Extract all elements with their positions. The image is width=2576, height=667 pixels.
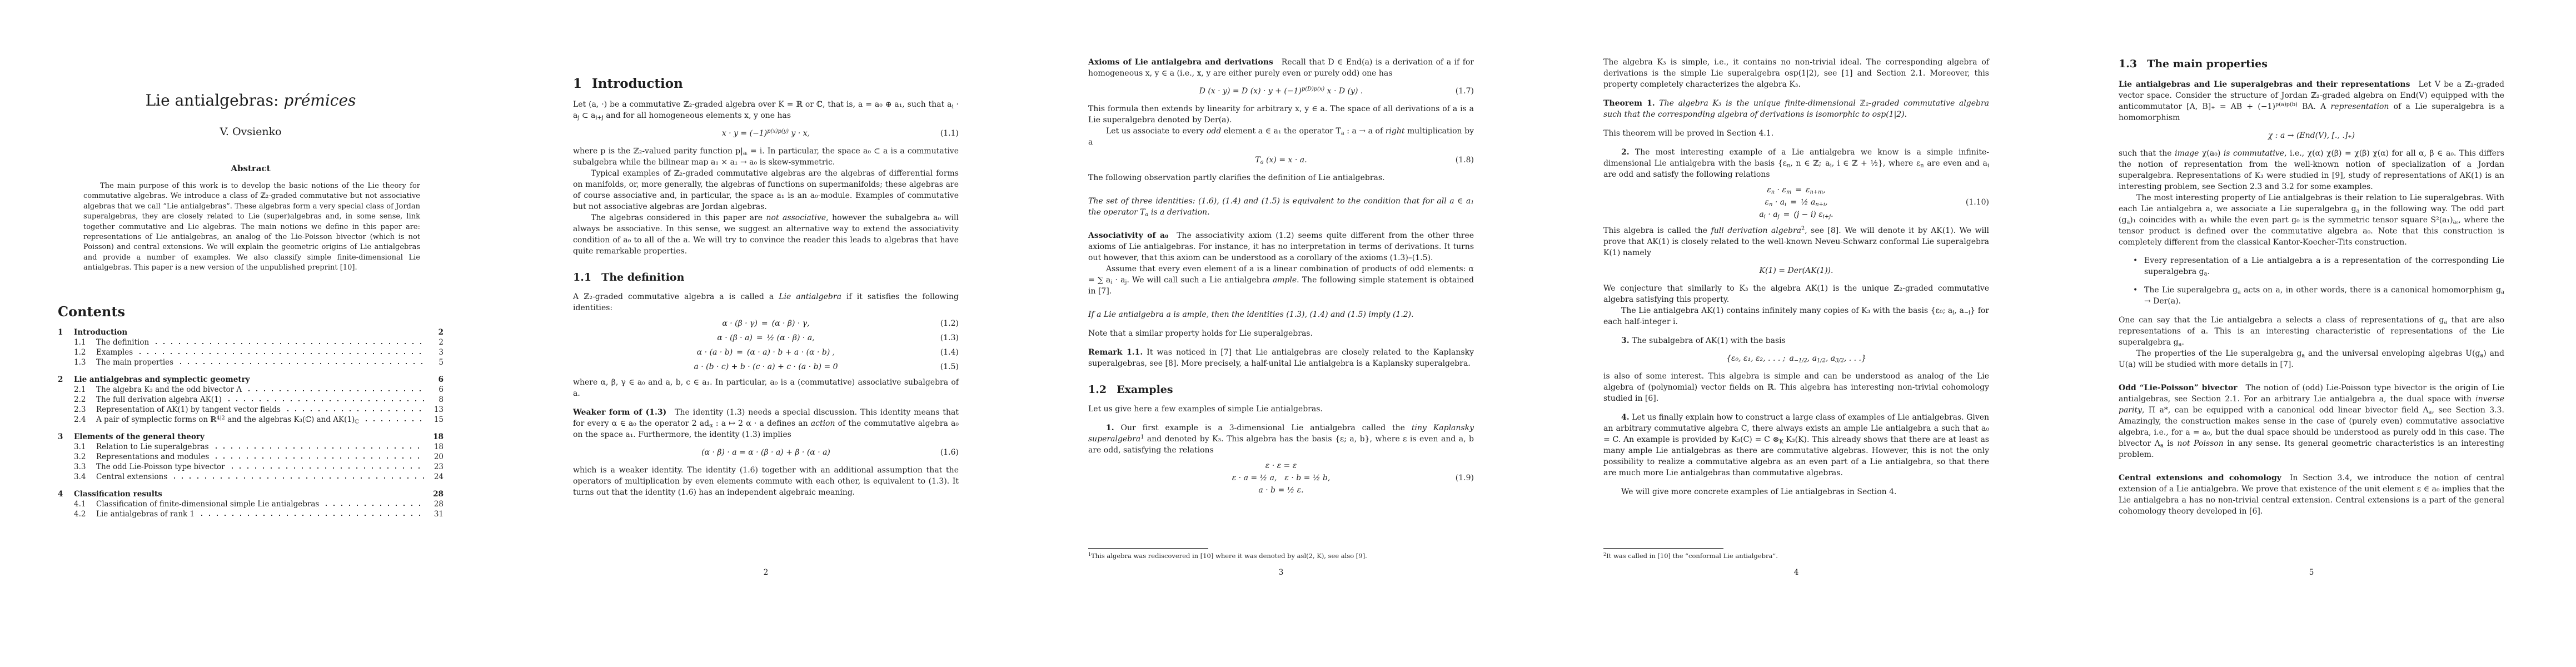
toc-entry: 2.2The full derivation algebra AK(1)8 <box>58 395 444 405</box>
toc-number: 3 <box>58 432 74 442</box>
subsection-number: 1.1 <box>573 271 591 283</box>
paragraph: One can say that the Lie antialgebra a s… <box>2119 315 2504 348</box>
equation-number: (1.8) <box>1456 155 1474 166</box>
equation-number: (1.10) <box>1966 197 1989 208</box>
table-of-contents: 1Introduction21.1The definition21.2Examp… <box>58 327 444 519</box>
toc-number: 2.3 <box>74 405 96 415</box>
equation: εn · ai = ½ an+i, <box>1765 198 1828 207</box>
toc-entry: 2.4A pair of symplectic forms on ℝ4|2 an… <box>58 415 444 425</box>
equation: α · (a · b) = (α · a) · b + a · (α · b) … <box>697 348 835 357</box>
equation-block: x · y = (−1)p(x)p(y) y · x,(1.1) <box>573 128 959 139</box>
display-equation: α · (a · b) = (α · a) · b + a · (α · b) … <box>573 347 959 358</box>
paragraph: If a Lie antialgebra a is ample, then th… <box>1088 309 1474 320</box>
toc-number: 1 <box>58 327 74 337</box>
toc-page-number: 13 <box>429 405 444 415</box>
toc-entry: 4.1Classification of finite-dimensional … <box>58 499 444 509</box>
toc-title: Elements of the general theory <box>74 432 205 442</box>
toc-number: 3.4 <box>74 472 96 482</box>
subsection-title: The main properties <box>2147 58 2268 70</box>
section-heading: 1Introduction <box>573 76 959 92</box>
toc-entry: 1.2Examples3 <box>58 347 444 357</box>
paragraph: This formula then extends by linearity f… <box>1088 103 1474 126</box>
display-equation: {ε₀, ε₁, ε₂, . . . ; a−1/2, a1/2, a3/2, … <box>1603 353 1989 364</box>
toc-page-number: 2 <box>429 337 444 347</box>
page-1-content: Lie antialgebras: prémicesV. OvsienkoAbs… <box>58 0 444 519</box>
equation: (α · β) · a = α · (β · a) + β · (α · a) <box>701 448 830 457</box>
display-equation: a · (b · c) + b · (c · a) + c · (a · b) … <box>573 361 959 372</box>
paragraph: The set of three identities: (1.6), (1.4… <box>1088 196 1474 218</box>
paragraph: The algebra K₃ is simple, i.e., it conta… <box>1603 57 1989 90</box>
toc-leader-dots <box>177 357 425 367</box>
equation-block: {ε₀, ε₁, ε₂, . . . ; a−1/2, a1/2, a3/2, … <box>1603 353 1989 364</box>
toc-number: 3.3 <box>74 462 96 472</box>
display-equation: x · y = (−1)p(x)p(y) y · x,(1.1) <box>573 128 959 139</box>
toc-title: Relation to Lie superalgebras <box>96 442 209 452</box>
bullet-item: The Lie superalgebra ga acts on a, in ot… <box>2119 285 2504 307</box>
toc-leader-dots <box>171 472 425 482</box>
author: V. Ovsienko <box>58 125 444 138</box>
page-3-content: Axioms of Lie antialgebra and derivation… <box>1088 0 1474 501</box>
paragraph: 3. The subalgebra of AK(1) with the basi… <box>1603 335 1989 346</box>
toc-page-number: 18 <box>429 442 444 452</box>
toc-page-number: 6 <box>429 375 444 385</box>
toc-entry: 4.2Lie antialgebras of rank 131 <box>58 509 444 519</box>
toc-number: 3.1 <box>74 442 96 452</box>
paragraph: Central extensions and cohomologyIn Sect… <box>2119 472 2504 517</box>
paper-title: Lie antialgebras: prémices <box>58 91 444 110</box>
toc-number: 2.2 <box>74 395 96 405</box>
toc-leader-dots <box>245 385 425 395</box>
equation-number: (1.4) <box>940 347 959 358</box>
toc-entry: 3.4Central extensions24 <box>58 472 444 482</box>
paragraph: Let us associate to every odd element a … <box>1088 126 1474 148</box>
toc-leader-dots <box>362 415 425 425</box>
paragraph: Note that a similar property holds for L… <box>1088 328 1474 339</box>
toc-entry: 1.3The main properties5 <box>58 357 444 367</box>
toc-leader-dots <box>253 375 425 385</box>
paragraph: The properties of the Lie superalgebra g… <box>2119 348 2504 370</box>
toc-leader-dots <box>166 489 425 499</box>
toc-title: The main properties <box>96 357 173 367</box>
paragraph: This algebra is called the full derivati… <box>1603 225 1989 258</box>
toc-entry: 2.1The algebra K₃ and the odd bivector Λ… <box>58 385 444 395</box>
toc-entry: 3.2Representations and modules20 <box>58 452 444 462</box>
page-1: Lie antialgebras: prémicesV. OvsienkoAbs… <box>0 0 515 667</box>
toc-number: 2.1 <box>74 385 96 395</box>
footnote: 2It was called in [10] the “conformal Li… <box>1603 548 1989 560</box>
toc-leader-dots <box>228 462 425 472</box>
display-equation: ε · ε = ε <box>1088 460 1474 472</box>
page-4-content: The algebra K₃ is simple, i.e., it conta… <box>1603 0 1989 497</box>
equation-block: (α · β) · a = α · (β · a) + β · (α · a)(… <box>573 447 959 458</box>
equation-number: (1.1) <box>940 128 959 139</box>
page-3: Axioms of Lie antialgebra and derivation… <box>1030 0 1546 667</box>
equation: Ta (x) = x · a. <box>1255 156 1307 165</box>
contents-heading: Contents <box>58 303 444 320</box>
toc-title: Representations and modules <box>96 452 209 462</box>
toc-title: The full derivation algebra AK(1) <box>96 395 222 405</box>
toc-number: 1.3 <box>74 357 96 367</box>
toc-number: 4.2 <box>74 509 96 519</box>
toc-title: Representation of AK(1) by tangent vecto… <box>96 405 281 415</box>
bullet-item: Every representation of a Lie antialgebr… <box>2119 255 2504 277</box>
toc-number: 2 <box>58 375 74 385</box>
toc-title: Central extensions <box>96 472 167 482</box>
display-equation: a · b = ½ ε. <box>1088 485 1474 496</box>
toc-leader-dots <box>225 395 425 405</box>
paragraph: 2. The most interesting example of a Lie… <box>1603 147 1989 180</box>
toc-page-number: 5 <box>429 357 444 367</box>
equation: χ : a → (End(V), [., .]₊) <box>2268 131 2355 140</box>
paragraph: Let us give here a few examples of simpl… <box>1088 404 1474 415</box>
equation-block: K(1) = Der(AK(1)). <box>1603 265 1989 276</box>
equation: ε · ε = ε <box>1265 461 1297 470</box>
equation-block: α · (β · γ) = (α · β) · γ,(1.2)α · (β · … <box>573 318 959 372</box>
equation-block: D (x · y) = D (x) · y + (−1)p(D)p(x) x ·… <box>1088 86 1474 97</box>
toc-number: 1.1 <box>74 337 96 347</box>
equation-block: ε · ε = εε · a = ½ a, ε · b = ½ b,(1.9)a… <box>1088 460 1474 496</box>
section-title: Introduction <box>592 76 683 91</box>
paragraph: A ℤ₂-graded commutative algebra a is cal… <box>573 291 959 313</box>
equation: ε · a = ½ a, ε · b = ½ b, <box>1232 474 1331 482</box>
toc-title: The algebra K₃ and the odd bivector Λ <box>96 385 242 395</box>
paragraph: The most interesting property of Lie ant… <box>2119 192 2504 248</box>
equation: x · y = (−1)p(x)p(y) y · x, <box>722 129 810 138</box>
paragraph: We will give more concrete examples of L… <box>1603 486 1989 497</box>
equation-block: Ta (x) = x · a.(1.8) <box>1088 155 1474 166</box>
toc-entry: 2.3Representation of AK(1) by tangent ve… <box>58 405 444 415</box>
document-canvas: arXiv:0705.1629v6 [math-ph] 15 Oct 2010 … <box>0 0 2576 667</box>
equation-number: (1.2) <box>940 318 959 329</box>
display-equation: ai · aj = (j − i) εi+j. <box>1603 209 1989 221</box>
equation-number: (1.6) <box>940 447 959 458</box>
equation-number: (1.9) <box>1456 472 1474 484</box>
display-equation: α · (β · γ) = (α · β) · γ,(1.2) <box>573 318 959 329</box>
equation: a · b = ½ ε. <box>1258 486 1303 495</box>
paragraph: The Lie antialgebra AK(1) contains infin… <box>1603 305 1989 327</box>
toc-entry: 2Lie antialgebras and symplectic geometr… <box>58 375 444 385</box>
toc-page-number: 20 <box>429 452 444 462</box>
toc-page-number: 28 <box>429 489 444 499</box>
equation: εn · εm = εn+m, <box>1767 186 1826 195</box>
equation-block: χ : a → (End(V), [., .]₊) <box>2119 130 2504 141</box>
toc-title: Lie antialgebras of rank 1 <box>96 509 195 519</box>
toc-page-number: 3 <box>429 347 444 357</box>
toc-entry: 3.1Relation to Lie superalgebras18 <box>58 442 444 452</box>
paragraph: where p is the ℤ₂-valued parity function… <box>573 146 959 168</box>
paragraph: such that the image χ(a₀) is commutative… <box>2119 148 2504 192</box>
paragraph: Odd “Lie-Poisson” bivectorThe notion of … <box>2119 382 2504 460</box>
page-4: The algebra K₃ is simple, i.e., it conta… <box>1546 0 2061 667</box>
toc-title: The definition <box>96 337 149 347</box>
toc-title: Classification of finite-dimensional sim… <box>96 499 319 509</box>
subsection-heading: 1.1The definition <box>573 270 959 285</box>
toc-number: 4 <box>58 489 74 499</box>
paragraph: Assume that every even element of a is a… <box>1088 263 1474 297</box>
display-equation: εn · ai = ½ an+i,(1.10) <box>1603 197 1989 208</box>
paragraph: which is a weaker identity. The identity… <box>573 465 959 498</box>
paragraph: 1. Our first example is a 3-dimensional … <box>1088 422 1474 456</box>
paragraph: Let (a, ·) be a commutative ℤ₂-graded al… <box>573 99 959 121</box>
toc-page-number: 6 <box>429 385 444 395</box>
equation: D (x · y) = D (x) · y + (−1)p(D)p(x) x ·… <box>1199 87 1363 96</box>
toc-page-number: 31 <box>429 509 444 519</box>
paragraph: Associativity of a₀The associativity axi… <box>1088 230 1474 263</box>
page-2-content: 1IntroductionLet (a, ·) be a commutative… <box>573 0 959 498</box>
toc-entry: 1.1The definition2 <box>58 337 444 347</box>
toc-title: Lie antialgebras and symplectic geometry <box>74 375 250 385</box>
page-number: 4 <box>1603 568 1989 577</box>
paragraph: The following observation partly clarifi… <box>1088 172 1474 183</box>
page-number: 2 <box>573 568 959 577</box>
toc-leader-dots <box>212 442 425 452</box>
subsection-heading: 1.2Examples <box>1088 382 1474 397</box>
paragraph: This theorem will be proved in Section 4… <box>1603 128 1989 139</box>
toc-number: 3.2 <box>74 452 96 462</box>
toc-page-number: 15 <box>429 415 444 425</box>
toc-title: The odd Lie-Poisson type bivector <box>96 462 225 472</box>
equation: α · (β · a) = ½ (α · β) · a, <box>717 333 814 342</box>
page-number: 3 <box>1088 568 1474 577</box>
subsection-heading: 1.3The main properties <box>2119 57 2504 71</box>
toc-entry: 3.3The odd Lie-Poisson type bivector23 <box>58 462 444 472</box>
toc-number: 4.1 <box>74 499 96 509</box>
paragraph: Remark 1.1. It was noticed in [7] that L… <box>1088 347 1474 369</box>
toc-leader-dots <box>131 327 425 337</box>
display-equation: K(1) = Der(AK(1)). <box>1603 265 1989 276</box>
subsection-number: 1.3 <box>2119 58 2137 70</box>
equation-number: (1.3) <box>940 332 959 344</box>
toc-leader-dots <box>284 405 425 415</box>
equation: α · (β · γ) = (α · β) · γ, <box>722 319 809 328</box>
page-number: 5 <box>2119 568 2504 577</box>
display-equation: α · (β · a) = ½ (α · β) · a,(1.3) <box>573 332 959 344</box>
paragraph: Weaker form of (1.3)The identity (1.3) n… <box>573 407 959 440</box>
toc-page-number: 2 <box>429 327 444 337</box>
equation: ai · aj = (j − i) εi+j. <box>1759 210 1833 219</box>
equation-number: (1.7) <box>1456 86 1474 97</box>
toc-leader-dots <box>208 432 425 442</box>
section-number: 1 <box>573 76 582 91</box>
display-equation: D (x · y) = D (x) · y + (−1)p(D)p(x) x ·… <box>1088 86 1474 97</box>
abstract-text: The main purpose of this work is to deve… <box>83 181 420 273</box>
paragraph: where α, β, γ ∈ a₀ and a, b, c ∈ a₁. In … <box>573 377 959 399</box>
toc-leader-dots <box>136 347 425 357</box>
equation: a · (b · c) + b · (c · a) + c · (a · b) … <box>694 362 838 371</box>
display-equation: (α · β) · a = α · (β · a) + β · (α · a)(… <box>573 447 959 458</box>
toc-leader-dots <box>198 509 425 519</box>
paragraph: Lie antialgebras and Lie superalgebras a… <box>2119 79 2504 123</box>
equation: K(1) = Der(AK(1)). <box>1760 266 1833 275</box>
footnote: 1This algebra was rediscovered in [10] w… <box>1088 548 1474 560</box>
toc-title: Examples <box>96 347 133 357</box>
equation-number: (1.5) <box>940 361 959 372</box>
abstract-heading: Abstract <box>58 163 444 174</box>
paragraph: The algebras considered in this paper ar… <box>573 212 959 257</box>
toc-leader-dots <box>322 499 425 509</box>
subsection-title: The definition <box>601 271 684 283</box>
page-5: 1.3The main propertiesLie antialgebras a… <box>2061 0 2576 667</box>
toc-title: A pair of symplectic forms on ℝ4|2 and t… <box>96 415 359 425</box>
page-5-content: 1.3The main propertiesLie antialgebras a… <box>2119 0 2504 517</box>
toc-title: Introduction <box>74 327 127 337</box>
display-equation: ε · a = ½ a, ε · b = ½ b,(1.9) <box>1088 472 1474 484</box>
paragraph: We conjecture that similarly to K₃ the a… <box>1603 283 1989 305</box>
toc-leader-dots <box>212 452 425 462</box>
display-equation: εn · εm = εn+m, <box>1603 185 1989 196</box>
paragraph: Theorem 1. The algebra K₃ is the unique … <box>1603 98 1989 120</box>
equation-block: εn · εm = εn+m,εn · ai = ½ an+i,(1.10)ai… <box>1603 185 1989 221</box>
toc-number: 2.4 <box>74 415 96 425</box>
paragraph: Axioms of Lie antialgebra and derivation… <box>1088 57 1474 79</box>
toc-page-number: 28 <box>429 499 444 509</box>
equation: {ε₀, ε₁, ε₂, . . . ; a−1/2, a1/2, a3/2, … <box>1726 354 1866 363</box>
display-equation: χ : a → (End(V), [., .]₊) <box>2119 130 2504 141</box>
page-2: 1IntroductionLet (a, ·) be a commutative… <box>515 0 1030 667</box>
toc-page-number: 24 <box>429 472 444 482</box>
toc-title: Classification results <box>74 489 162 499</box>
toc-page-number: 23 <box>429 462 444 472</box>
toc-page-number: 8 <box>429 395 444 405</box>
toc-entry: 4Classification results28 <box>58 489 444 499</box>
subsection-number: 1.2 <box>1088 384 1107 396</box>
paragraph: is also of some interest. This algebra i… <box>1603 371 1989 404</box>
toc-page-number: 18 <box>429 432 444 442</box>
toc-entry: 3Elements of the general theory18 <box>58 432 444 442</box>
toc-entry: 1Introduction2 <box>58 327 444 337</box>
display-equation: Ta (x) = x · a.(1.8) <box>1088 155 1474 166</box>
paragraph: Typical examples of ℤ₂-graded commutativ… <box>573 168 959 212</box>
subsection-title: Examples <box>1117 384 1173 396</box>
toc-number: 1.2 <box>74 347 96 357</box>
toc-leader-dots <box>152 337 425 347</box>
paragraph: 4. Let us finally explain how to constru… <box>1603 412 1989 479</box>
